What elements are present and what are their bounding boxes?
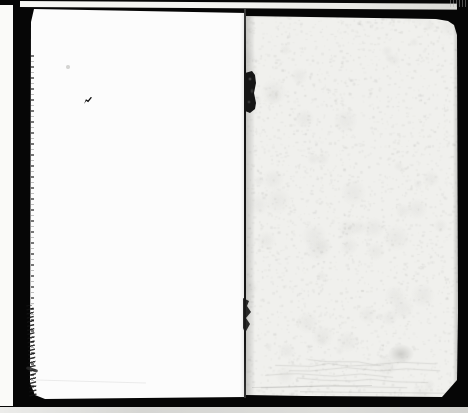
- scanned-book-spread: [0, 0, 468, 413]
- page-gutter: [244, 9, 246, 398]
- pencil-smudge: [388, 344, 414, 364]
- scanner-noise-speckle: [450, 0, 468, 7]
- scanner-edge-left: [0, 5, 13, 406]
- right-page-paper-texture: [246, 13, 459, 398]
- right-page-edge-shadow: [453, 13, 459, 398]
- right-page: [246, 13, 459, 398]
- left-page: [29, 8, 246, 399]
- right-page-gutter-shadow: [246, 13, 255, 398]
- scanner-edge-top: [20, 1, 457, 10]
- scanner-edge-bottom: [0, 407, 468, 413]
- right-page-top-shadow: [246, 13, 459, 18]
- dust-speck: [66, 65, 70, 69]
